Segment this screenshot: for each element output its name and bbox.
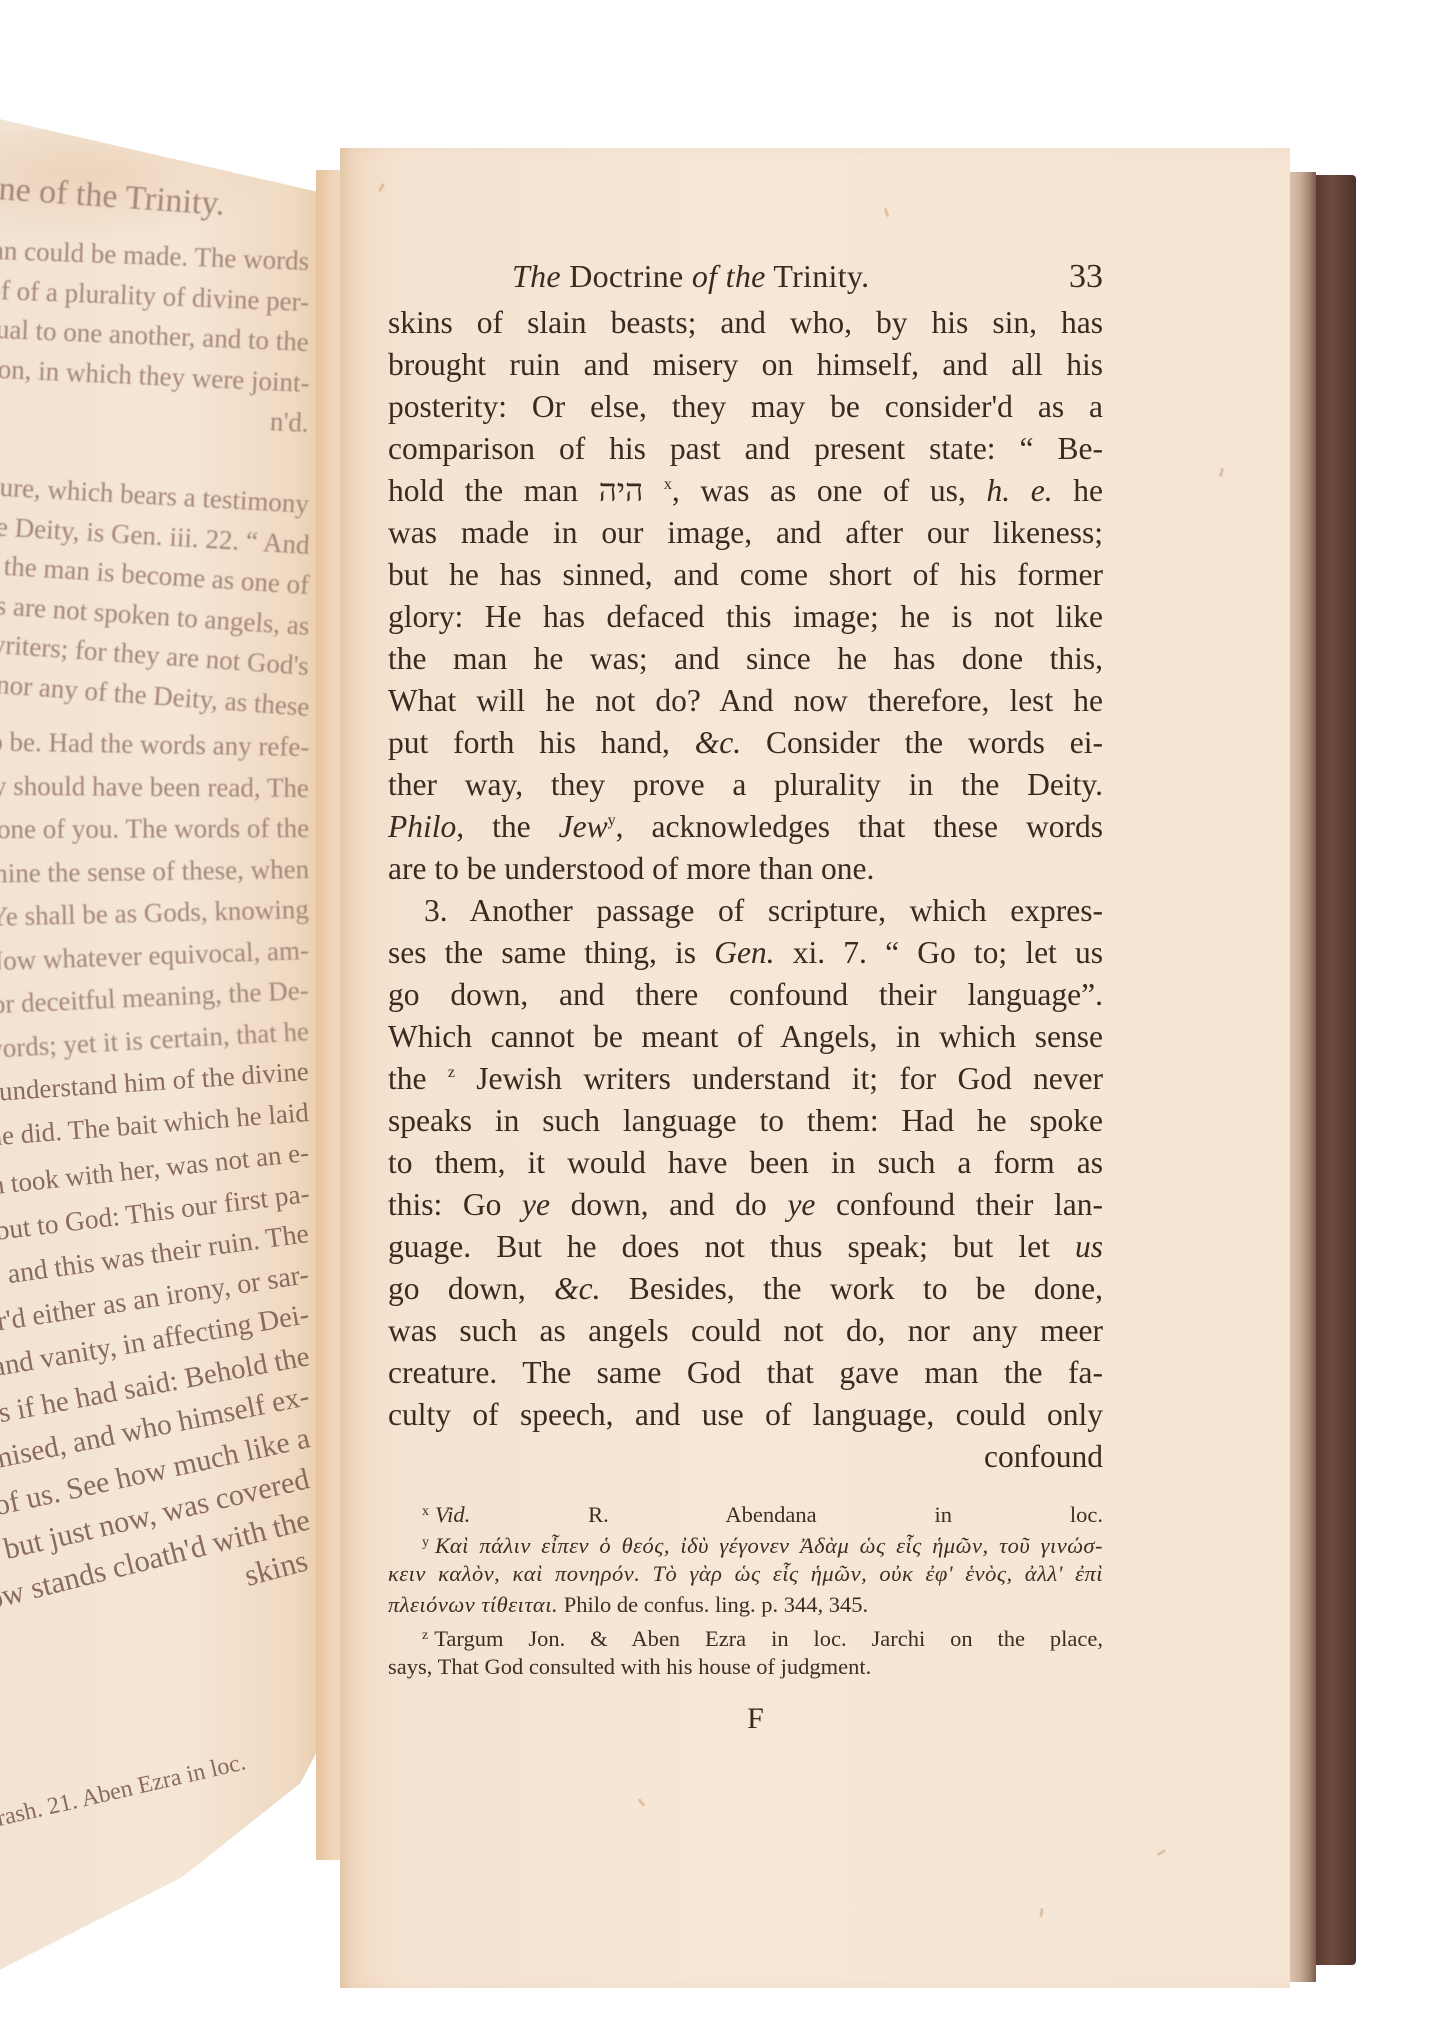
text-run: Which cannot be meant of Angels, in whic… [388,1019,1103,1054]
body-text: skins of slain beasts; and who, by his s… [388,302,1103,1478]
text-run: Gen. [714,935,774,970]
text-run: comparison of his past and present state… [388,431,1103,466]
text-run: Philo [388,809,456,844]
text-run: ther way, they prove a plurality in the … [388,767,1103,802]
footnote-line: says, That God consulted with his house … [388,1651,1103,1682]
text-run: the [388,1061,448,1096]
body-line: are to be understood of more than one. [388,848,1103,890]
left-page-line: e determine the sense of these, when [0,856,309,889]
footnote-marker: y [422,1535,429,1550]
text-run: confound [984,1439,1103,1474]
text-run: &c. [554,1271,600,1306]
paper-speck [637,1798,645,1807]
text-run: says, That God consulted with his house … [388,1654,871,1679]
body-line: the z Jewish writers understand it; for … [388,1058,1103,1100]
footnote-reference: x [664,476,672,493]
text-run: ses the same thing, is [388,935,714,970]
text-run: , was as one of us, [672,473,987,508]
body-line: culty of speech, and use of language, co… [388,1394,1103,1436]
page-block-edge [1290,172,1316,1982]
text-run: down, and do [550,1187,787,1222]
text-run: us [1075,1229,1103,1264]
greek-text: πλειόνων τίθειται. [388,1592,558,1617]
text-run: hold the man היה [388,473,664,508]
body-line: confound [388,1436,1103,1478]
text-run: R. Abendana in loc. [470,1502,1103,1527]
body-line: was such as angels could not do, nor any… [388,1310,1103,1352]
paper-speck [884,208,890,217]
text-run: glory: He has defaced this image; he is … [388,599,1103,634]
text-run: h. e. [986,473,1052,508]
greek-text: Καὶ πάλιν εἶπεν ὁ θεός, ἰδὺ γέγονεν Ἀδὰμ… [435,1533,1103,1558]
body-line: glory: He has defaced this image; he is … [388,596,1103,638]
text-run: , acknowledges that these words [616,809,1103,844]
page-number: 33 [1069,258,1103,296]
paper-speck [1039,1908,1044,1917]
footnote-line: κειν καλὸν, καὶ πονηρόν. Τὸ γὰρ ὡς εἷς ἡ… [388,1558,1103,1589]
signature-mark: F [388,1702,1103,1738]
body-line: go down, &c. Besides, the work to be don… [388,1268,1103,1310]
body-line: go down, and there confound their langua… [388,974,1103,1016]
greek-text: κειν καλὸν, καὶ πονηρόν. Τὸ γὰρ ὡς εἷς ἡ… [388,1561,1103,1586]
left-page-line: ame as one of you. The words of the [0,815,309,843]
text-run: Targum Jon. & Aben Ezra in loc. Jarchi o… [434,1626,1103,1651]
text-run: guage. But he does not thus speak; but l… [388,1229,1075,1264]
body-line: hold the man היה x, was as one of us, h.… [388,470,1103,512]
text-run: go down, [388,1271,554,1306]
left-page-line: gels, they should have been read, The [0,772,309,802]
text-run: Consider the words ei- [741,725,1103,760]
text-run: Vid. [435,1502,470,1527]
text-run: posterity: Or else, they may be consider… [388,389,1103,424]
text-run: the man he was; and since he has done th… [388,641,1103,676]
footnote-marker: x [422,1504,429,1519]
text-run: culty of speech, and use of language, co… [388,1397,1103,1432]
body-line: brought ruin and misery on himself, and … [388,344,1103,386]
text-run: , the [456,809,558,844]
body-line: to them, it would have been in such a fo… [388,1142,1103,1184]
text-run: speaks in such language to them: Had he … [388,1103,1103,1138]
left-page-line: n'd. [270,408,310,437]
text-run: Philo de confus. ling. p. 344, 345. [558,1592,868,1617]
body-line: this: Go ye down, and do ye confound the… [388,1184,1103,1226]
text-run: &c. [695,725,741,760]
body-line: speaks in such language to them: Had he … [388,1100,1103,1142]
body-line: skins of slain beasts; and who, by his s… [388,302,1103,344]
text-run: this: Go [388,1187,522,1222]
text-run: brought ruin and misery on himself, and … [388,347,1103,382]
text-run: go down, and there confound their langua… [388,977,1103,1012]
text-run: creature. The same God that gave man the… [388,1355,1103,1390]
leather-cover [1316,175,1356,1965]
paper-speck [378,183,385,192]
body-line: ses the same thing, is Gen. xi. 7. “ Go … [388,932,1103,974]
body-line: Philo, the Jewy, acknowledges that these… [388,806,1103,848]
right-page-text: The Doctrine of the Trinity. 33 skins of… [388,258,1103,1738]
body-line: put forth his hand, &c. Consider the wor… [388,722,1103,764]
text-run: he [1053,473,1103,508]
text-run: are to be understood of more than one. [388,851,874,886]
text-run: xi. 7. “ Go to; let us [775,935,1103,970]
body-line: What will he not do? And now therefore, … [388,680,1103,722]
body-line: Which cannot be meant of Angels, in whic… [388,1016,1103,1058]
body-line: the man he was; and since he has done th… [388,638,1103,680]
text-run: but he has sinned, and come short of his… [388,557,1103,592]
text-run: Jewish writers understand it; for God ne… [455,1061,1103,1096]
running-head: The Doctrine of the Trinity. 33 [388,258,1103,302]
text-run: 3. Another passage of scripture, which e… [424,893,1103,928]
text-run: ye [787,1187,815,1222]
text-run: put forth his hand, [388,725,695,760]
text-run: skins of slain beasts; and who, by his s… [388,305,1103,340]
text-run: was made in our image, and after our lik… [388,515,1103,550]
body-line: guage. But he does not thus speak; but l… [388,1226,1103,1268]
body-line: 3. Another passage of scripture, which e… [388,890,1103,932]
body-line: posterity: Or else, they may be consider… [388,386,1103,428]
body-line: creature. The same God that gave man the… [388,1352,1103,1394]
footnote-marker: z [422,1628,428,1643]
paper-speck [1157,1849,1166,1856]
footnote-line: xVid. R. Abendana in loc. [388,1496,1103,1527]
text-run: What will he not do? And now therefore, … [388,683,1103,718]
text-run: ye [522,1187,550,1222]
footnotes: xVid. R. Abendana in loc.yΚαὶ πάλιν εἶπε… [388,1496,1103,1682]
text-run: Besides, the work to be done, [600,1271,1103,1306]
footnote-line: zTargum Jon. & Aben Ezra in loc. Jarchi … [388,1620,1103,1651]
body-line: but he has sinned, and come short of his… [388,554,1103,596]
text-run: to them, it would have been in such a fo… [388,1145,1103,1180]
footnote-reference: y [608,812,616,829]
body-line: comparison of his past and present state… [388,428,1103,470]
footnote-line: yΚαὶ πάλιν εἶπεν ὁ θεός, ἰδὺ γέγονεν Ἀδὰ… [388,1527,1103,1558]
body-line: ther way, they prove a plurality in the … [388,764,1103,806]
paper-speck [1219,468,1224,477]
text-run: Jew [559,809,608,844]
running-title: The Doctrine of the Trinity. [512,258,869,295]
body-line: was made in our image, and after our lik… [388,512,1103,554]
left-page-gutter-shadow [316,170,342,1860]
text-run: confound their lan- [815,1187,1103,1222]
left-page-line: aid to be. Had the words any refe- [0,728,309,761]
text-run: was such as angels could not do, nor any… [388,1313,1103,1348]
footnote-reference: z [448,1064,455,1081]
footnote-line: πλειόνων τίθειται. Philo de confus. ling… [388,1589,1103,1620]
